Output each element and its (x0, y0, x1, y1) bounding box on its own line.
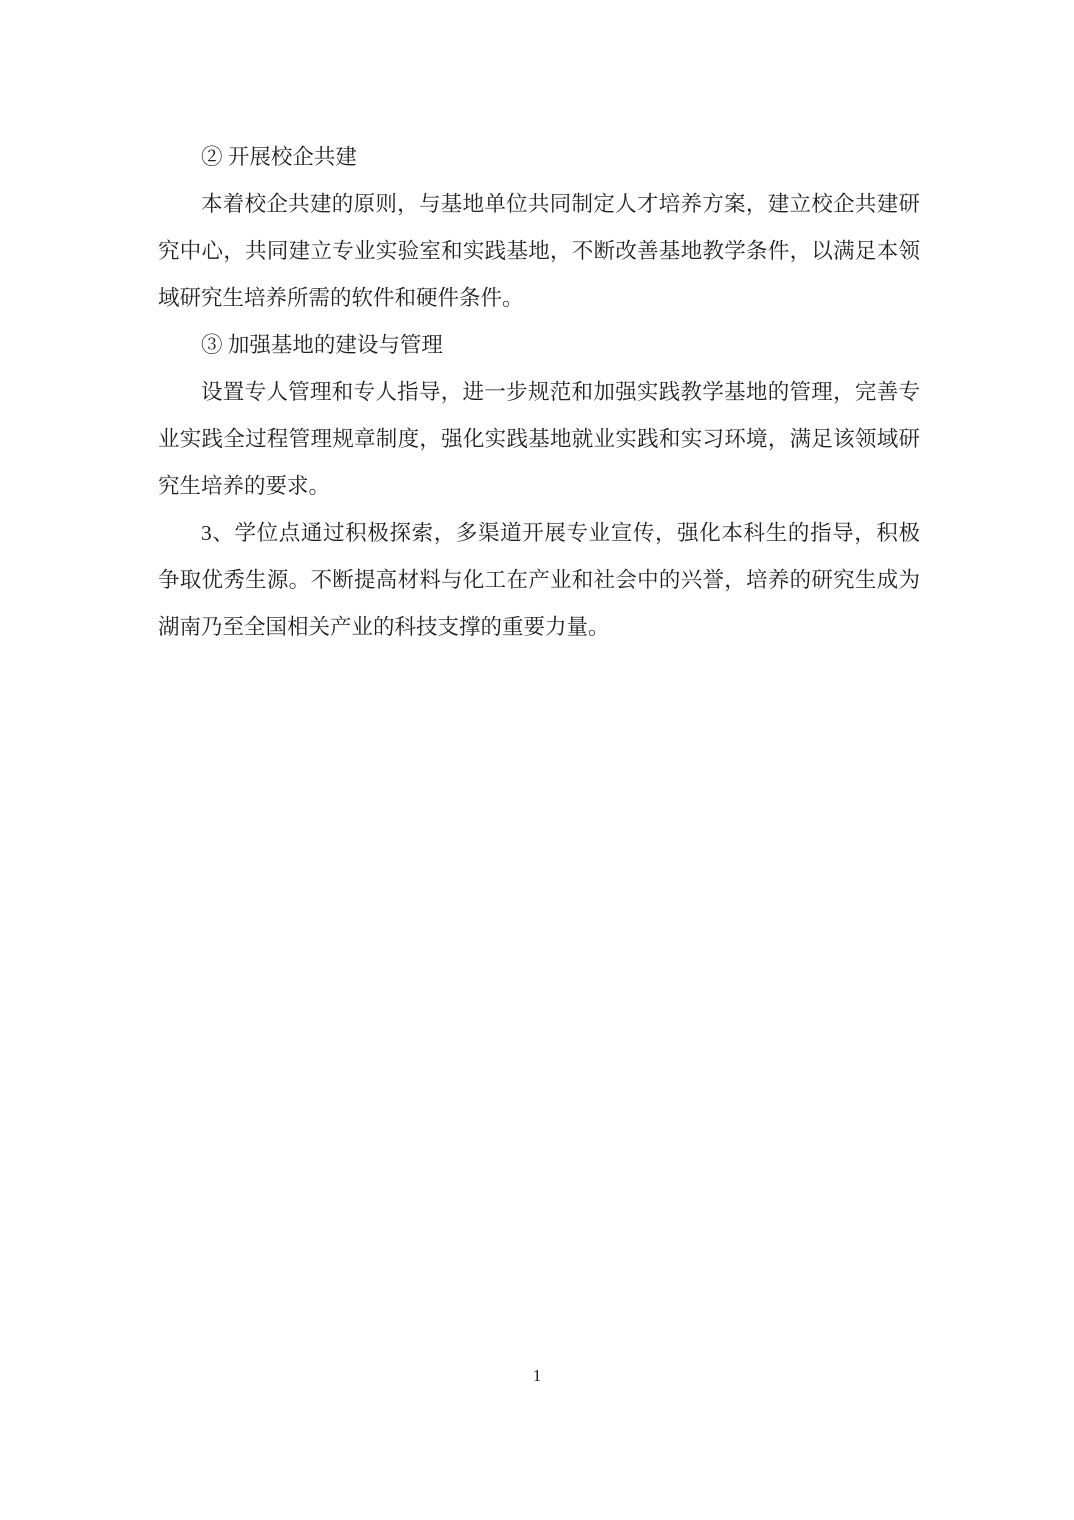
paragraph-degree-program: 3、学位点通过积极探索，多渠道开展专业宣传，强化本科生的指导，积极争取优秀生源。… (158, 510, 920, 651)
heading-item-circled-3: ③ 加强基地的建设与管理 (158, 322, 920, 369)
paragraph-school-enterprise: 本着校企共建的原则，与基地单位共同制定人才培养方案，建立校企共建研究中心，共同建… (158, 181, 920, 322)
document-body: ② 开展校企共建 本着校企共建的原则，与基地单位共同制定人才培养方案，建立校企共… (158, 134, 920, 651)
page-number: 1 (0, 1364, 1074, 1388)
heading-item-circled-2: ② 开展校企共建 (158, 134, 920, 181)
paragraph-base-management: 设置专人管理和专人指导，进一步规范和加强实践教学基地的管理，完善专业实践全过程管… (158, 369, 920, 510)
document-page: ② 开展校企共建 本着校企共建的原则，与基地单位共同制定人才培养方案，建立校企共… (0, 0, 1074, 1520)
